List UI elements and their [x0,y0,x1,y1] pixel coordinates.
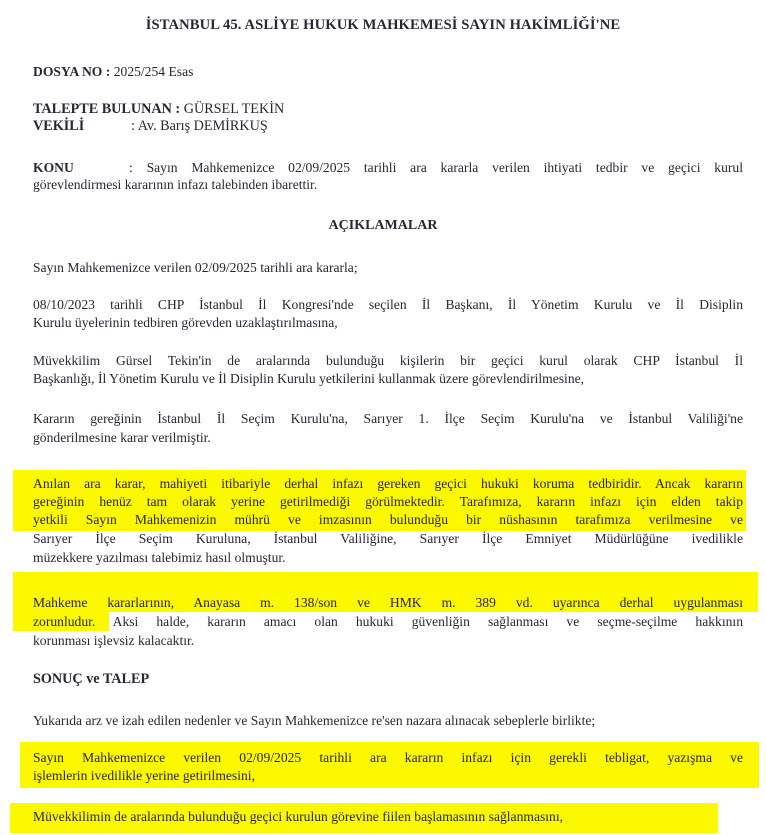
vekili-label: VEKİLİ [33,118,131,134]
document-title: İSTANBUL 45. ASLİYE HUKUK MAHKEMESİ SAYI… [0,17,766,34]
konu-line-2: görevlendirmesi kararının infazı talebin… [33,177,317,193]
paragraph-5-line-3: yetkili Sayın Mahkemenizin mührü ve imza… [33,512,743,528]
konu-label: KONU [33,160,129,176]
paragraph-3-line-1: Müvekkilim Gürsel Tekin'in de aralarında… [33,353,743,369]
paragraph-6-line-3: korunması işlevsiz kalacaktır. [33,633,194,649]
paragraph-5-line-5: müzekkere yazılması talebimiz hasıl olmu… [33,550,286,566]
paragraph-6-line-1: Mahkeme kararlarının, Anayasa m. 138/son… [33,595,743,611]
paragraph-3-line-2: Başkanlığı, İl Yönetim Kurulu ve İl Disi… [33,371,584,387]
paragraph-8-line-1: Sayın Mahkemenizce verilen 02/09/2025 ta… [33,750,743,766]
paragraph-9: Müvekkilimin de aralarında bulunduğu geç… [33,809,563,825]
sonuc-heading: SONUÇ ve TALEP [33,671,149,687]
paragraph-4-line-1: Kararın gereğinin İstanbul İl Seçim Kuru… [33,411,743,427]
paragraph-6-line-2: zorunludur. Aksi halde, kararın amacı ol… [33,614,743,630]
talepte-bulunan-label: TALEPTE BULUNAN : [33,101,180,117]
paragraph-4-line-2: gönderilmesine karar verilmiştir. [33,430,211,446]
paragraph-1: Sayın Mahkemenizce verilen 02/09/2025 ta… [33,260,358,276]
dosya-no-label: DOSYA NO : [33,64,110,79]
paragraph-6-highlighted-text: zorunludur. [33,614,95,629]
konu-text-1: : Sayın Mahkemenizce 02/09/2025 tarihli … [129,160,743,175]
paragraph-5-line-4: Sarıyer İlçe Seçim Kuruluna, İstanbul Va… [33,531,743,547]
talepte-bulunan-row: TALEPTE BULUNAN : GÜRSEL TEKİN [33,101,284,117]
aciklamalar-heading: AÇIKLAMALAR [0,218,766,234]
paragraph-8-line-2: işlemlerin ivedilikle yerine getirilmesi… [33,768,255,784]
paragraph-5-line-1: Anılan ara karar, mahiyeti itibariyle de… [33,476,743,492]
dosya-no-value: 2025/254 Esas [114,64,194,79]
vekili-row: VEKİLİ: Av. Barış DEMİRKUŞ [33,118,268,134]
talepte-bulunan-value: GÜRSEL TEKİN [184,101,285,117]
paragraph-2-line-2: Kurulu üyelerinin tedbiren görevden uzak… [33,315,338,331]
vekili-value: : Av. Barış DEMİRKUŞ [131,118,268,134]
paragraph-5-line-2: gereğinin henüz tam olarak yerine getiri… [33,494,743,510]
paragraph-2-line-1: 08/10/2023 tarihli CHP İstanbul İl Kongr… [33,297,743,313]
paragraph-7: Yukarıda arz ve izah edilen nedenler ve … [33,713,595,729]
dosya-no-row: DOSYA NO : 2025/254 Esas [33,64,193,80]
paragraph-6-continuation: Aksi halde, kararın amacı olan hukuki gü… [95,614,743,629]
konu-line-1: KONU: Sayın Mahkemenizce 02/09/2025 tari… [33,160,743,176]
